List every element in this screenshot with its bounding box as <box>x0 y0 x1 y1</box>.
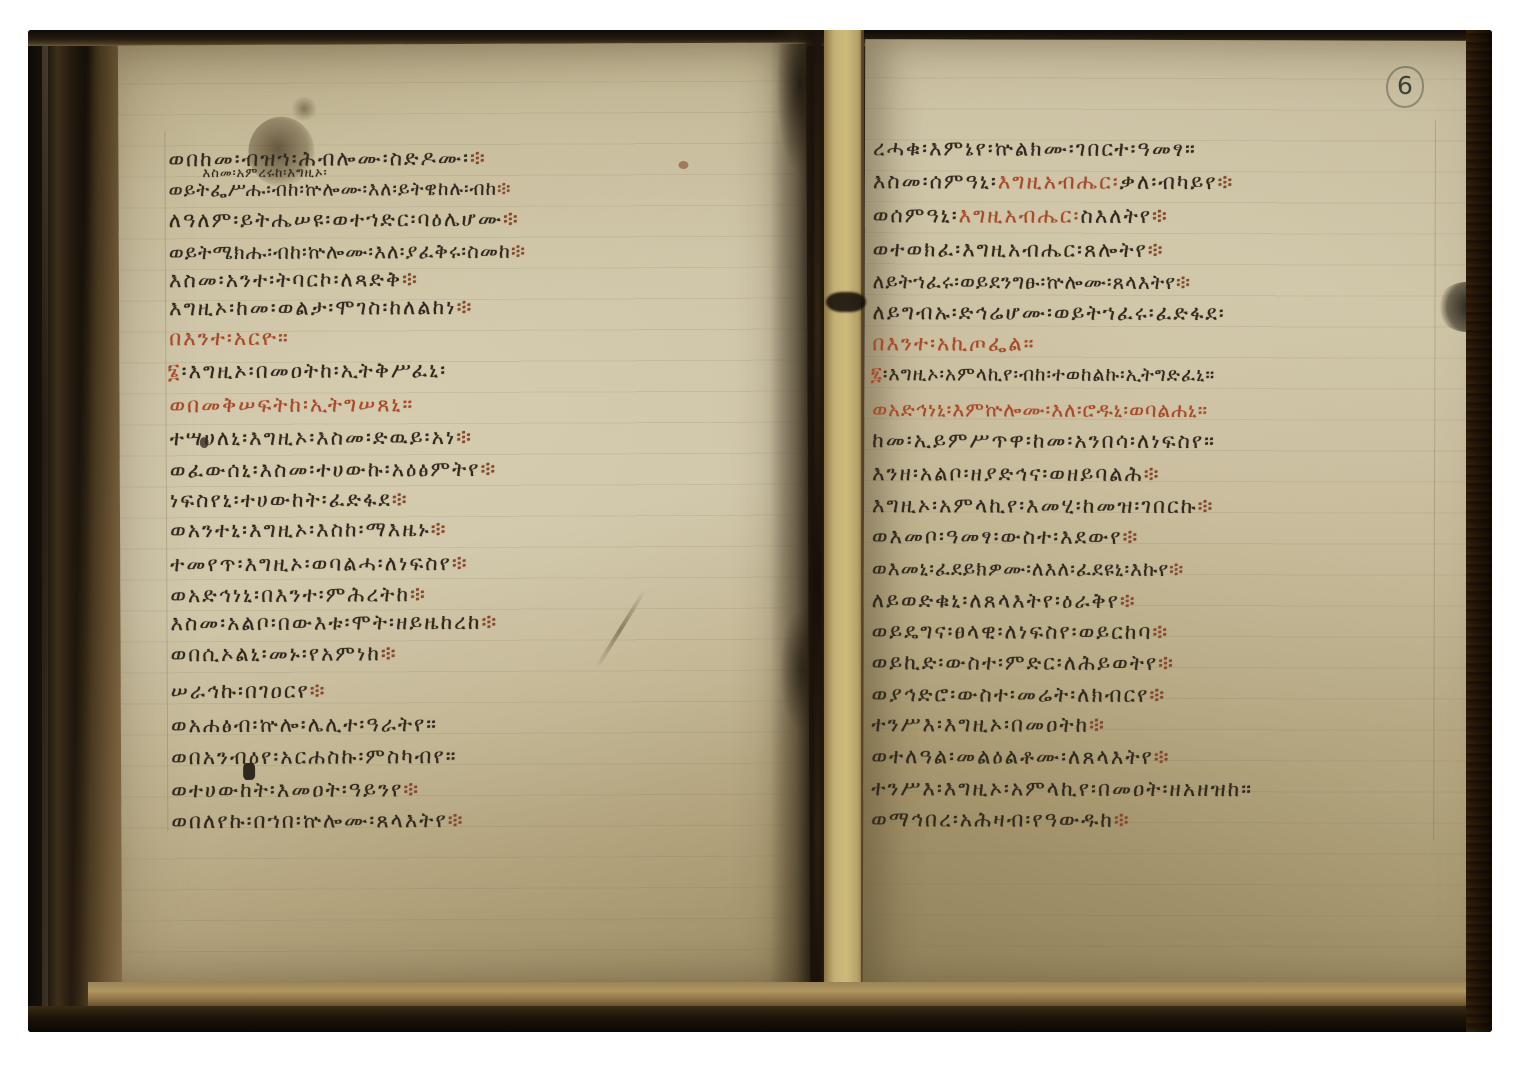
text-segment: ወእመቦ፡ዓመፃ፡ውስተ፡እደውየ <box>872 524 1123 549</box>
text-segment: ወተለዓል፡መልዕልቶሙ፡ለጸላእትየ <box>871 744 1153 769</box>
text-segment: ወይትሜክሑ፡ብከ፡ኵሎሙ፡እለ፡ያፈቅሩ፡ስመከ <box>169 239 511 264</box>
left-page: ወበከመ፡ብዝኀ፡ሕብሎሙ፡ስድዶሙ፡፨እስመ፡አምረሩከ፡እግዚኦ፡ወይትፌሥ… <box>118 43 810 990</box>
manuscript-text-line: ወይዴግና፡ፀላዊ፡ለነፍስየ፡ወይርከባ፨ <box>872 619 1170 645</box>
text-segment: ወይኪድ፡ውስተ፡ምድር፡ለሕይወትየ <box>872 650 1159 675</box>
text-segment: ረሓቁ፡እምኔየ፡ኵልክሙ፡ገበርተ፡ዓመፃ። <box>873 136 1197 161</box>
verse-end-mark: ፨ <box>1089 713 1106 737</box>
text-segment: እንዘ፡አልቦ፡ዘያድኅና፡ወዘይባልሕ <box>872 461 1144 486</box>
text-segment: ወእመኒ፡ፈደይክዎሙ፡ለእለ፡ፈደዩኒ፡እኩየ <box>872 556 1169 581</box>
text-segment: ተመየጥ፡እግዚኦ፡ወባልሓ፡ለነፍስየ <box>170 551 452 576</box>
rubric-text-segment: ፮ <box>167 359 181 383</box>
rubric-text-segment: በእንተ፡አኪጦፌል። <box>872 331 1035 355</box>
verse-end-mark: ፨ <box>480 457 497 481</box>
text-segment: ወያኅድሮ፡ውስተ፡መሬት፡ለክብርየ <box>872 682 1150 707</box>
manuscript-text-line: ወተሀውከት፡እመዐት፡ዓይንየ፨ <box>171 777 420 803</box>
text-segment: ፡እግዚኦ፡በመዐትከ፡ኢትቅሥፈኒ፡ <box>182 358 448 383</box>
verse-end-mark: ፨ <box>448 808 465 832</box>
text-segment: እስመ፡አልቦ፡በውእቱ፡ሞት፡ዘይዜከረከ <box>170 610 481 635</box>
verse-end-mark: ፨ <box>456 425 473 449</box>
text-segment: ወተሀውከት፡እመዐት፡ዓይንየ <box>171 777 403 802</box>
text-segment: እስመ፡ሰምዓኒ፡ <box>873 169 998 193</box>
manuscript-text-line: ወእመቦ፡ዓመፃ፡ውስተ፡እደውየ፨ <box>872 524 1139 550</box>
rubric-text-segment: ፯ <box>870 363 883 385</box>
verse-end-mark: ፨ <box>511 239 526 263</box>
text-segment: ለይግብኡ፡ድኅሬሆሙ፡ወይትኀፈሩ፡ፈድፋደ፡ <box>873 300 1226 325</box>
manuscript-text-line: እስመ፡አንተ፡ትባርኮ፡ለጻድቅ፨ <box>169 267 419 293</box>
manuscript-text-line: ለዓለም፡ይትሔሠዩ፡ወተኀድር፡ባዕሌሆሙ፨ <box>169 207 520 234</box>
rubric-text-segment: ወበመቅሠፍትከ፡ኢትግሠጸኒ። <box>169 392 414 417</box>
verse-end-mark: ፨ <box>1218 170 1235 194</box>
manuscript-text-line: ወተለዓል፡መልዕልቶሙ፡ለጸላእትየ፨ <box>871 744 1170 770</box>
text-segment: ወአንተኒ፡እግዚኦ፡እስከ፡ማእዜኑ <box>170 517 431 542</box>
manuscript-text-line: ወይትፌሥሑ፡ብከ፡ኵሎሙ፡እለ፡ይትዌከሉ፡ብከ፨ <box>169 178 512 201</box>
fore-edge-right <box>1466 30 1492 1032</box>
text-segment: ወፈውሰኒ፡እስመ፡ተሀውኩ፡አዕፅምትየ <box>170 457 481 482</box>
text-segment: ፡እግዚኦ፡አምላኪየ፡ብከ፡ተወከልኩ፡ኢትግድፈኒ። <box>883 363 1215 386</box>
text-segment: ወአሐፅብ፡ኵሎ፡ሌሊተ፡ዓራትየ። <box>171 712 438 737</box>
manuscript-text-line: ወይኪድ፡ውስተ፡ምድር፡ለሕይወትየ፨ <box>872 650 1175 676</box>
gutter-fold-highlight <box>824 30 864 1032</box>
manuscript-text-line: እግዚኦ፡አምላኪየ፡እመሂ፡ከመዝ፡ገበርኩ፨ <box>872 493 1214 519</box>
text-segment: ለይትኀፈሩ፡ወይደንግፁ፡ኵሎሙ፡ጸላእትየ <box>873 269 1176 294</box>
cover-bottom-edge <box>28 1006 1492 1032</box>
text-segment: እግዚኦ፡ከመ፡ወልታ፡ሞገስ፡ከለልከነ <box>169 295 457 320</box>
left-page-text: ወበከመ፡ብዝኀ፡ሕብሎሙ፡ስድዶሙ፡፨እስመ፡አምረሩከ፡እግዚኦ፡ወይትፌሥ… <box>118 43 810 990</box>
text-segment: ወተወክፈ፡እግዚአብሔር፡ጸሎትየ <box>873 237 1148 262</box>
verse-end-mark: ፨ <box>481 610 498 634</box>
manuscript-text-line: ከመ፡ኢይምሥጥዋ፡ከመ፡አንበሳ፡ለነፍስየ። <box>872 428 1216 454</box>
verse-end-mark: ፨ <box>310 679 327 703</box>
rubric-text-segment: እግዚአብሔር፡ <box>998 170 1120 194</box>
manuscript-text-line: በእንተ፡አኪጦፌል። <box>872 331 1035 356</box>
verse-end-mark: ፨ <box>503 207 520 231</box>
manuscript-text-line: ወአድኅነኒ፡በእንተ፡ምሕረትከ፨ <box>170 582 427 608</box>
manuscript-text-line: ወተወክፈ፡እግዚአብሔር፡ጸሎትየ፨ <box>873 237 1165 263</box>
verse-end-mark: ፨ <box>1152 620 1169 644</box>
verse-end-mark: ፨ <box>1198 494 1215 518</box>
verse-end-mark: ፨ <box>1114 808 1131 832</box>
manuscript-text-line: ለይወድቁኒ፡ለጸላእትየ፡ዕራቅየ፨ <box>872 588 1137 614</box>
text-segment: ከመ፡ኢይምሥጥዋ፡ከመ፡አንበሳ፡ለነፍስየ። <box>872 428 1216 453</box>
manuscript-text-line: ወበሲኦልኒ፡መኑ፡የአምነከ፨ <box>171 641 398 667</box>
manuscript-text-line: ወአሐፅብ፡ኵሎ፡ሌሊተ፡ዓራትየ። <box>171 712 438 738</box>
manuscript-text-line: ረሓቁ፡እምኔየ፡ኵልክሙ፡ገበርተ፡ዓመፃ። <box>873 136 1197 162</box>
right-page: ረሓቁ፡እምኔየ፡ኵልክሙ፡ገበርተ፡ዓመፃ።እስመ፡ሰምዓኒ፡እግዚአብሔር፡… <box>863 39 1492 993</box>
manuscript-text-line: በእንተ፡አርዮ። <box>169 326 290 352</box>
verse-end-mark: ፨ <box>381 641 398 665</box>
text-segment: ስእለትየ <box>1080 204 1152 228</box>
text-segment: ወበለየኩ፡በኀበ፡ኵሎሙ፡ጸላእትየ <box>171 808 447 833</box>
rubric-text-segment: ወአድኅነኒ፡እምኵሎሙ፡እለ፡ሮዱኒ፡ወባልሐኒ። <box>872 397 1208 422</box>
verse-end-mark: ፨ <box>1152 204 1169 228</box>
text-segment: ወማኅበረ፡አሕዛብ፡የዓውዱከ <box>871 807 1114 832</box>
manuscript-text-line: ለይትኀፈሩ፡ወይደንግፁ፡ኵሎሙ፡ጸላእትየ፨ <box>873 269 1192 294</box>
manuscript-text-line: ወእመኒ፡ፈደይክዎሙ፡ለእለ፡ፈደዩኒ፡እኩየ፨ <box>872 556 1184 581</box>
manuscript-text-line: ተንሥእ፡እግዚኦ፡በመዐትከ፨ <box>871 712 1106 738</box>
text-segment: ወበሲኦልኒ፡መኑ፡የአምነከ <box>171 641 381 666</box>
manuscript-text-line: ተመየጥ፡እግዚኦ፡ወባልሓ፡ለነፍስየ፨ <box>170 551 468 577</box>
manuscript-text-line: እስመ፡ሰምዓኒ፡እግዚአብሔር፡ቃለ፡ብካይየ፨ <box>873 169 1235 195</box>
manuscript-text-line: ፯፡እግዚኦ፡አምላኪየ፡ብከ፡ተወከልኩ፡ኢትግድፈኒ። <box>870 363 1215 386</box>
manuscript-photo: ወበከመ፡ብዝኀ፡ሕብሎሙ፡ስድዶሙ፡፨እስመ፡አምረሩከ፡እግዚኦ፡ወይትፌሥ… <box>28 30 1492 1032</box>
text-segment: ሠራኅኩ፡በገዐርየ <box>171 679 310 704</box>
manuscript-text-line: እንዘ፡አልቦ፡ዘያድኅና፡ወዘይባልሕ፨ <box>872 461 1160 487</box>
verse-end-mark: ፨ <box>470 146 487 170</box>
verse-end-mark: ፨ <box>1154 745 1171 769</box>
manuscript-text-line: ወአድኅነኒ፡እምኵሎሙ፡እለ፡ሮዱኒ፡ወባልሐኒ። <box>872 397 1208 422</box>
text-segment: እግዚኦ፡አምላኪየ፡እመሂ፡ከመዝ፡ገበርኩ <box>872 493 1198 518</box>
verse-end-mark: ፨ <box>1158 651 1175 675</box>
manuscript-text-line: ፮፡እግዚኦ፡በመዐትከ፡ኢትቅሥፈኒ፡ <box>167 358 447 384</box>
verse-end-mark: ፨ <box>1122 525 1139 549</box>
manuscript-text-line: ወበመቅሠፍትከ፡ኢትግሠጸኒ። <box>169 392 414 418</box>
verse-end-mark: ፨ <box>410 582 427 606</box>
verse-end-mark: ፨ <box>1148 238 1165 262</box>
text-segment: ተንሥእ፡እግዚኦ፡አምላኪየ፡በመዐት፡ዘአዘዝከ። <box>871 776 1253 801</box>
verse-end-mark: ፨ <box>497 178 511 200</box>
right-page-text: ረሓቁ፡እምኔየ፡ኵልክሙ፡ገበርተ፡ዓመፃ።እስመ፡ሰምዓኒ፡እግዚአብሔር፡… <box>863 39 1492 993</box>
verse-end-mark: ፨ <box>1120 589 1137 613</box>
manuscript-text-line: ወያኅድሮ፡ውስተ፡መሬት፡ለክብርየ፨ <box>871 682 1166 708</box>
verse-end-mark: ፨ <box>403 777 420 801</box>
manuscript-text-line: እስመ፡አልቦ፡በውእቱ፡ሞት፡ዘይዜከረከ፨ <box>170 610 498 636</box>
manuscript-text-line: ወይትሜክሑ፡ብከ፡ኵሎሙ፡እለ፡ያፈቅሩ፡ስመከ፨ <box>169 239 526 265</box>
manuscript-text-line: ወፈውሰኒ፡እስመ፡ተሀውኩ፡አዕፅምትየ፨ <box>170 457 498 483</box>
text-segment: ለዓለም፡ይትሔሠዩ፡ወተኀድር፡ባዕሌሆሙ <box>169 207 503 232</box>
verse-end-mark: ፨ <box>392 487 409 511</box>
text-segment: ቃለ፡ብካይየ <box>1120 170 1218 194</box>
verse-end-mark: ፨ <box>1176 270 1191 294</box>
manuscript-text-line: እግዚኦ፡ከመ፡ወልታ፡ሞገስ፡ከለልከነ፨ <box>169 295 473 321</box>
manuscript-text-line: ወበአንብዕየ፡አርሐስኩ፡ምስካብየ። <box>171 744 458 770</box>
manuscript-text-line: ወሰምዓኒ፡እግዚአብሔር፡ስእለትየ፨ <box>873 203 1169 229</box>
manuscript-text-line: ተሣሀለኒ፡እግዚኦ፡እስመ፡ድዉይ፡አነ፨ <box>170 425 473 451</box>
verse-end-mark: ፨ <box>1169 557 1184 581</box>
manuscript-text-line: ሠራኅኩ፡በገዐርየ፨ <box>171 679 327 705</box>
text-segment: ወይዴግና፡ፀላዊ፡ለነፍስየ፡ወይርከባ <box>872 619 1153 644</box>
folio-number-value: 6 <box>1397 71 1413 100</box>
rubric-text-segment: እግዚአብሔር፡ <box>959 203 1081 227</box>
verse-end-mark: ፨ <box>1149 683 1166 707</box>
manuscript-text-line: ወአንተኒ፡እግዚኦ፡እስከ፡ማእዜኑ፨ <box>170 517 447 543</box>
text-segment: ወሰምዓኒ፡ <box>873 203 959 227</box>
verse-end-mark: ፨ <box>402 267 419 291</box>
verse-end-mark: ፨ <box>457 295 474 319</box>
text-segment: ለይወድቁኒ፡ለጸላእትየ፡ዕራቅየ <box>872 588 1120 613</box>
manuscript-text-line: ወማኅበረ፡አሕዛብ፡የዓውዱከ፨ <box>871 807 1130 833</box>
verse-end-mark: ፨ <box>431 517 448 541</box>
text-segment: ተሣሀለኒ፡እግዚኦ፡እስመ፡ድዉይ፡አነ <box>170 425 457 450</box>
verse-end-mark: ፨ <box>452 551 469 575</box>
text-segment: ወይትፌሥሑ፡ብከ፡ኵሎሙ፡እለ፡ይትዌከሉ፡ብከ <box>169 178 498 201</box>
gutter-crease <box>814 30 821 1032</box>
manuscript-text-line: ለይግብኡ፡ድኅሬሆሙ፡ወይትኀፈሩ፡ፈድፋደ፡ <box>872 300 1225 326</box>
ink-smudge <box>826 292 866 312</box>
text-segment: ወአድኅነኒ፡በእንተ፡ምሕረትከ <box>170 582 410 607</box>
manuscript-text-line: ወበለየኩ፡በኀበ፡ኵሎሙ፡ጸላእትየ፨ <box>171 808 464 834</box>
text-segment: ተንሥእ፡እግዚኦ፡በመዐትከ <box>871 712 1089 737</box>
text-segment: እስመ፡አንተ፡ትባርኮ፡ለጻድቅ <box>169 267 402 292</box>
verse-end-mark: ፨ <box>1144 462 1161 486</box>
text-segment: ነፍስየኒ፡ተሀውከት፡ፈድፋደ <box>170 487 392 512</box>
rubric-text-segment: በእንተ፡አርዮ። <box>169 326 290 351</box>
manuscript-text-line: ነፍስየኒ፡ተሀውከት፡ፈድፋደ፨ <box>170 487 409 513</box>
folio-number: 6 <box>1386 66 1424 108</box>
text-segment: ወበአንብዕየ፡አርሐስኩ፡ምስካብየ። <box>171 744 458 769</box>
manuscript-text-line: ተንሥእ፡እግዚኦ፡አምላኪየ፡በመዐት፡ዘአዘዝከ። <box>871 776 1253 802</box>
